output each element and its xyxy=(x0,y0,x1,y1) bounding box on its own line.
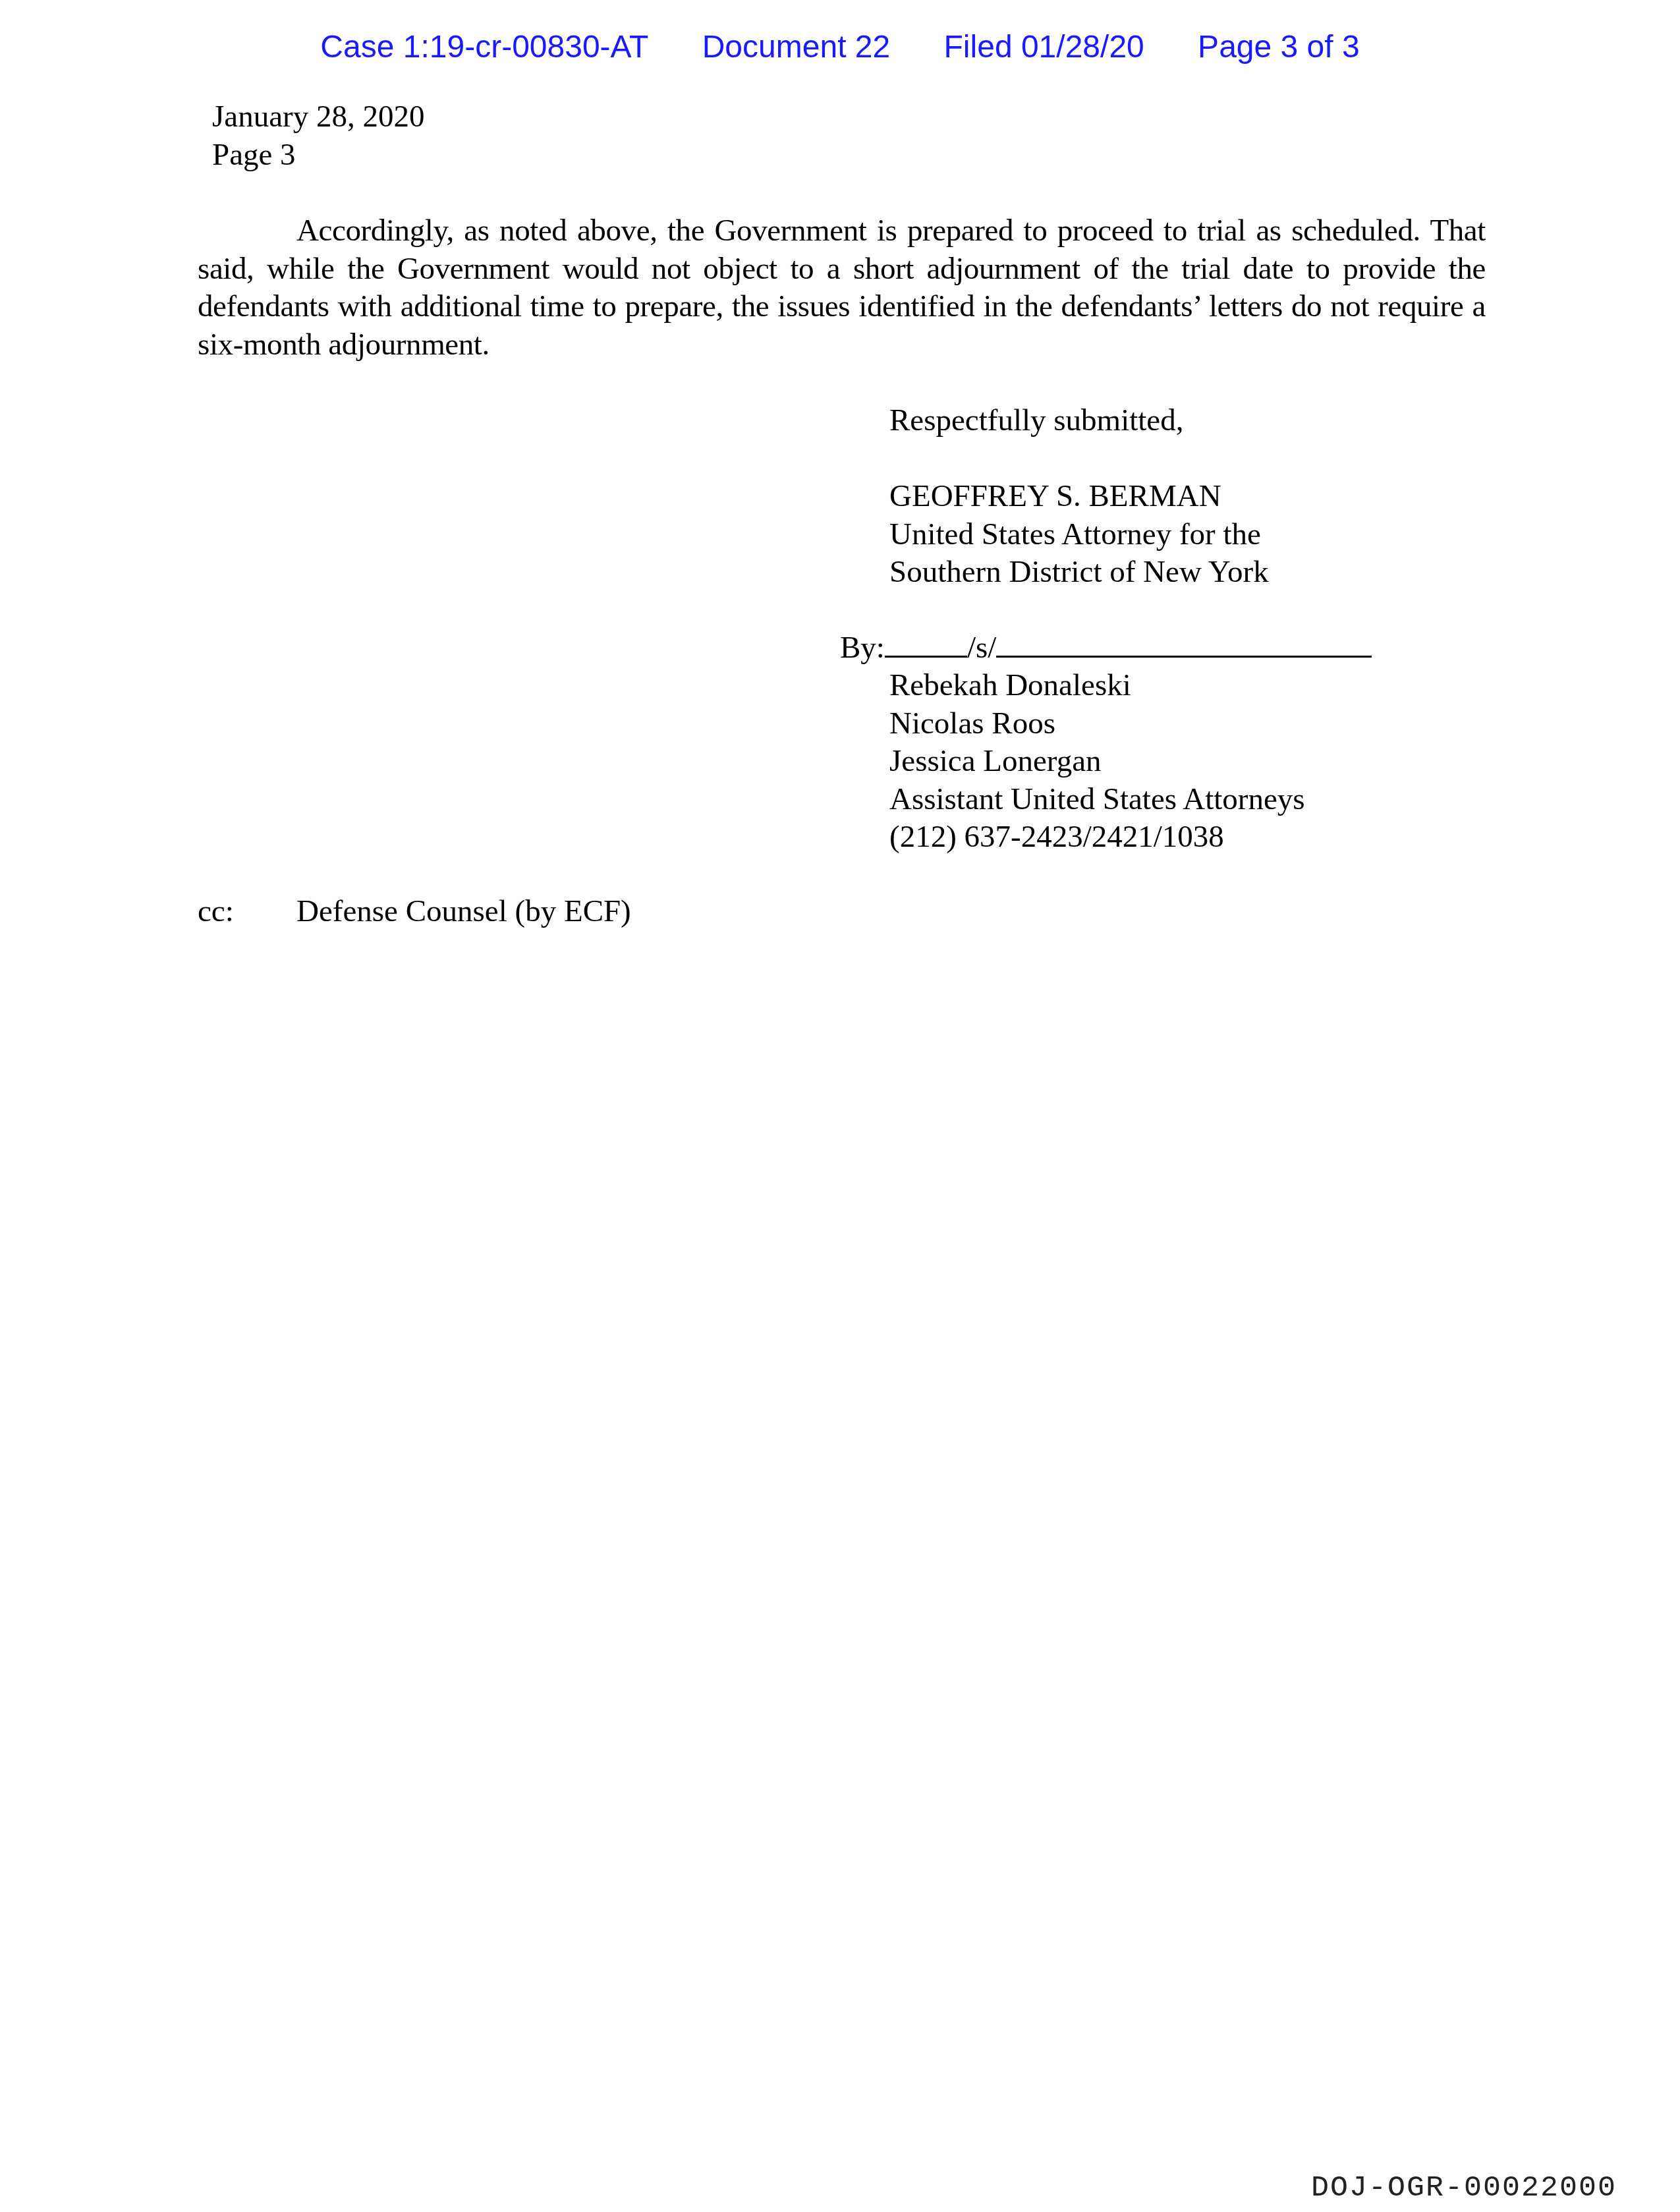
signature-mark: /s/ xyxy=(967,631,996,665)
cc-label: cc: xyxy=(198,893,296,931)
cc-recipient: Defense Counsel (by ECF) xyxy=(296,894,631,928)
signatory-block: Rebekah Donaleski Nicolas Roos Jessica L… xyxy=(889,667,1305,857)
signatory-name: Rebekah Donaleski xyxy=(889,667,1305,705)
signatory-phone: (212) 637-2423/2421/1038 xyxy=(889,818,1305,857)
letter-header: January 28, 2020 Page 3 xyxy=(212,98,424,174)
signatory-name: Nicolas Roos xyxy=(889,705,1305,743)
cc-line: cc:Defense Counsel (by ECF) xyxy=(198,893,631,931)
body-paragraph: Accordingly, as noted above, the Governm… xyxy=(198,212,1486,364)
signatory-name: Jessica Lonergan xyxy=(889,743,1305,781)
case-number: Case 1:19-cr-00830-AT xyxy=(320,29,648,65)
bates-number: DOJ-OGR-00022000 xyxy=(1311,2171,1617,2205)
signature-closing: Respectfully submitted, xyxy=(889,402,1183,440)
page-count: Page 3 of 3 xyxy=(1198,29,1360,65)
signature-line: By:/s/ xyxy=(840,629,1372,667)
by-label: By: xyxy=(840,631,885,665)
letter-date: January 28, 2020 xyxy=(212,98,424,136)
signature-office-block: GEOFFREY S. BERMAN United States Attorne… xyxy=(889,478,1269,592)
us-attorney-district: Southern District of New York xyxy=(889,553,1269,592)
signature-underline-right xyxy=(996,629,1372,658)
us-attorney-title: United States Attorney for the xyxy=(889,516,1269,554)
us-attorney-name: GEOFFREY S. BERMAN xyxy=(889,478,1269,516)
document-number: Document 22 xyxy=(702,29,891,65)
ecf-filing-header: Case 1:19-cr-00830-AT Document 22 Filed … xyxy=(0,29,1680,65)
letter-page-number: Page 3 xyxy=(212,136,424,174)
filed-date: Filed 01/28/20 xyxy=(944,29,1144,65)
signature-underline-left xyxy=(885,629,967,658)
signatory-title: Assistant United States Attorneys xyxy=(889,781,1305,819)
